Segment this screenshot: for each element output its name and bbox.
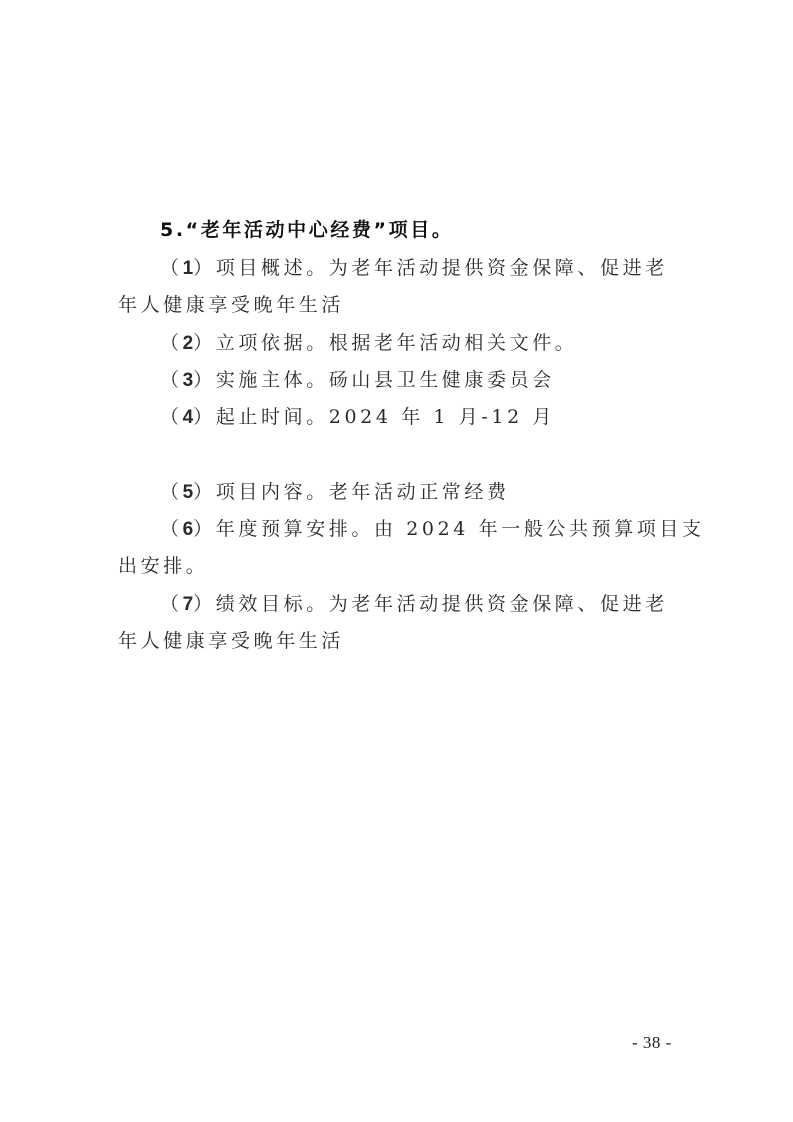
item-6-line-2: 出安排。	[118, 554, 678, 578]
item-4-number: 4	[183, 407, 194, 428]
section-heading: 5.“老年活动中心经费”项目。	[160, 218, 720, 242]
item-5-text: 项目内容。老年活动正常经费	[216, 481, 510, 503]
item-7-number: 7	[183, 594, 194, 615]
document-page: 5.“老年活动中心经费”项目。 （1）项目概述。为老年活动提供资金保障、促进老 …	[0, 0, 793, 1122]
item-7-line-2: 年人健康享受晚年生活	[118, 629, 678, 653]
item-1-line-2: 年人健康享受晚年生活	[118, 293, 678, 317]
item-3-number: 3	[183, 370, 194, 391]
item-3-line-1: （3）实施主体。砀山县卫生健康委员会	[160, 368, 720, 393]
item-5-line-1: （5）项目内容。老年活动正常经费	[160, 480, 720, 505]
item-2-number: 2	[183, 333, 194, 354]
page-number: - 38 -	[632, 1033, 672, 1053]
item-6-line-1: （6）年度预算安排。由 2024 年一般公共预算项目支	[160, 517, 720, 542]
item-2-text: 立项依据。根据老年活动相关文件。	[216, 332, 578, 354]
item-2-line-1: （2）立项依据。根据老年活动相关文件。	[160, 331, 720, 356]
item-6-number: 6	[183, 519, 194, 540]
item-1-text: 项目概述。为老年活动提供资金保障、促进老	[216, 257, 668, 279]
item-3-text: 实施主体。砀山县卫生健康委员会	[216, 369, 555, 391]
item-1-line-1: （1）项目概述。为老年活动提供资金保障、促进老	[160, 256, 720, 281]
item-5-number: 5	[183, 482, 194, 503]
item-7-line-1: （7）绩效目标。为老年活动提供资金保障、促进老	[160, 592, 720, 617]
item-6-text: 年度预算安排。由 2024 年一般公共预算项目支	[216, 518, 705, 540]
item-1-number: 1	[183, 258, 194, 279]
item-4-text: 起止时间。2024 年 1 月-12 月	[216, 406, 555, 428]
item-7-text: 绩效目标。为老年活动提供资金保障、促进老	[216, 593, 668, 615]
item-4-line-1: （4）起止时间。2024 年 1 月-12 月	[160, 405, 720, 430]
